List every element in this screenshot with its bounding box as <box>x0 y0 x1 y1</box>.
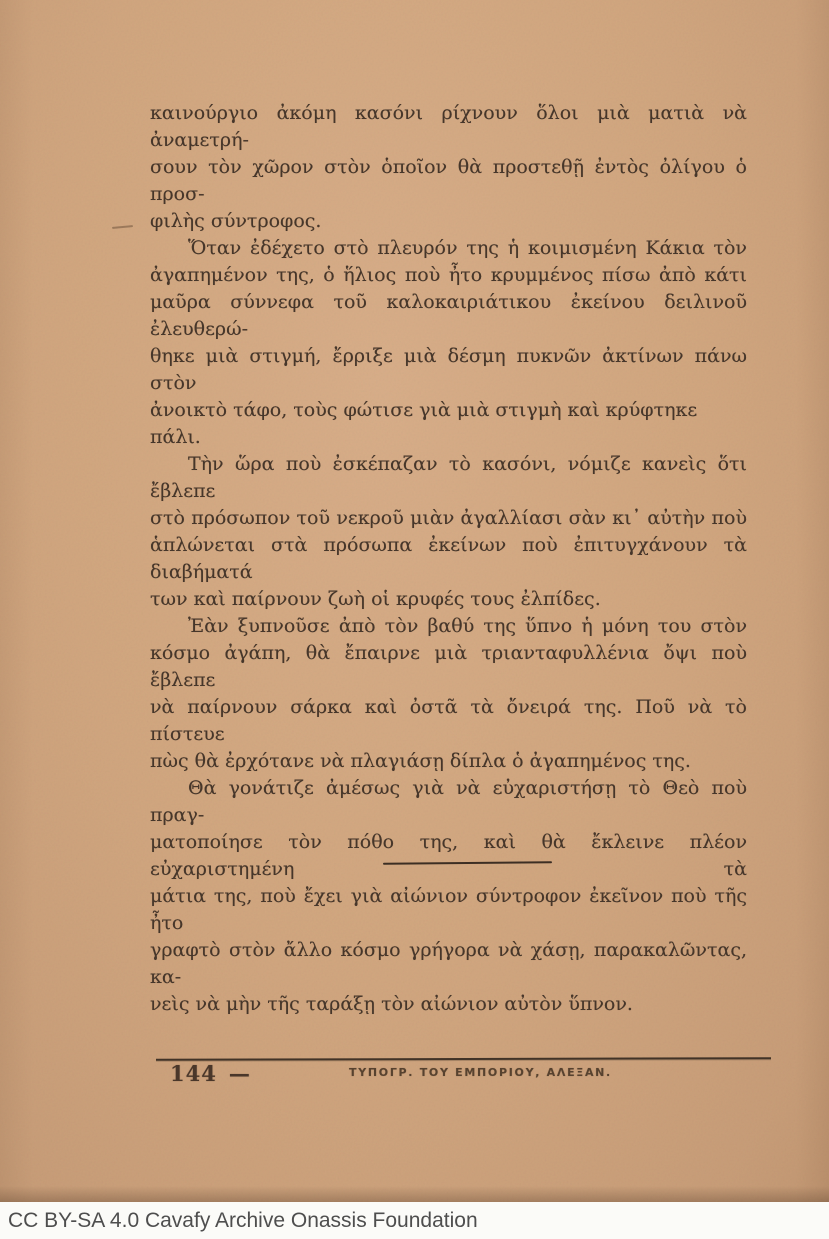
text-line: Θὰ γονάτιζε ἀμέσως γιὰ νὰ εὐχαριστήσῃ τὸ… <box>150 775 747 829</box>
printer-imprint: ΤΥΠΟΓΡ. ΤΟΥ ΕΜΠΟΡΙΟΥ, ΑΛΕΞΑΝ. <box>349 1066 612 1079</box>
license-bar: CC BY-SA 4.0 Cavafy Archive Onassis Foun… <box>0 1202 829 1239</box>
text-line: νεὶς νὰ μὴν τῆς ταράξῃ τὸν αἰώνιον αὐτὸν… <box>150 991 747 1018</box>
paragraph: Τὴν ὥρα ποὺ ἐσκέπαζαν τὸ κασόνι, νόμιζε … <box>150 451 747 613</box>
paragraph: Ἐὰν ξυπνοῦσε ἀπὸ τὸν βαθύ της ὕπνο ἡ μόν… <box>150 613 747 775</box>
text-line: στὸ πρόσωπον τοῦ νεκροῦ μιὰν ἀγαλλίασι σ… <box>150 505 747 532</box>
text-line: ἀνοικτὸ τάφο, τοὺς φώτισε γιὰ μιὰ στιγμὴ… <box>150 397 747 451</box>
text-line: μαῦρα σύννεφα τοῦ καλοκαιριάτικου ἐκείνο… <box>150 289 747 343</box>
body-text: καινούργιο ἀκόμη κασόνι ρίχνουν ὅλοι μιὰ… <box>150 100 747 1018</box>
text-line: Ὅταν ἐδέχετο στὸ πλευρόν της ἡ κοιμισμέν… <box>150 235 747 262</box>
page-number-row: 144 — <box>170 1061 251 1086</box>
paragraph: Ὅταν ἐδέχετο στὸ πλευρόν της ἡ κοιμισμέν… <box>150 235 747 451</box>
text-line: φιλὴς σύντροφος. <box>150 208 747 235</box>
text-line: καινούργιο ἀκόμη κασόνι ρίχνουν ὅλοι μιὰ… <box>150 100 747 154</box>
page-number: 144 <box>170 1061 217 1086</box>
text-line: μάτια της, ποὺ ἔχει γιὰ αἰώνιον σύντροφο… <box>150 883 747 937</box>
text-line: νὰ παίρνουν σάρκα καὶ ὀστᾶ τὰ ὄνειρά της… <box>150 694 747 748</box>
text-line: ἀγαπημένον της, ὁ ἥλιος ποὺ ἦτο κρυμμένο… <box>150 262 747 289</box>
text-line: θηκε μιὰ στιγμή, ἔρριξε μιὰ δέσμη πυκνῶν… <box>150 343 747 397</box>
text-line: Ἐὰν ξυπνοῦσε ἀπὸ τὸν βαθύ της ὕπνο ἡ μόν… <box>150 613 747 640</box>
paragraph: καινούργιο ἀκόμη κασόνι ρίχνουν ὅλοι μιὰ… <box>150 100 747 235</box>
scanned-book-page: καινούργιο ἀκόμη κασόνι ρίχνουν ὅλοι μιὰ… <box>0 0 829 1239</box>
text-line: ἁπλώνεται στὰ πρόσωπα ἐκείνων ποὺ ἐπιτυγ… <box>150 532 747 586</box>
text-line: κόσμο ἀγάπη, θὰ ἔπαιρνε μιὰ τριανταφυλλέ… <box>150 640 747 694</box>
text-line: των καὶ παίρνουν ζωὴ οἱ κρυφές τους ἐλπί… <box>150 586 747 613</box>
text-line: γραφτὸ στὸν ἄλλο κόσμο γρήγορα νὰ χάσῃ, … <box>150 937 747 991</box>
text-line: ματοποίησε τὸν πόθο της, καὶ θὰ ἔκλεινε … <box>150 829 747 883</box>
paragraph: Θὰ γονάτιζε ἀμέσως γιὰ νὰ εὐχαριστήσῃ τὸ… <box>150 775 747 1018</box>
text-line: πὼς θὰ ἐρχότανε νὰ πλαγιάσῃ δίπλα ὁ ἀγαπ… <box>150 748 747 775</box>
license-text: CC BY-SA 4.0 Cavafy Archive Onassis Foun… <box>8 1209 478 1233</box>
text-line: σουν τὸν χῶρον στὸν ὁποῖον θὰ προστεθῇ ἐ… <box>150 154 747 208</box>
page-number-dash: — <box>229 1061 251 1086</box>
text-line: Τὴν ὥρα ποὺ ἐσκέπαζαν τὸ κασόνι, νόμιζε … <box>150 451 747 505</box>
